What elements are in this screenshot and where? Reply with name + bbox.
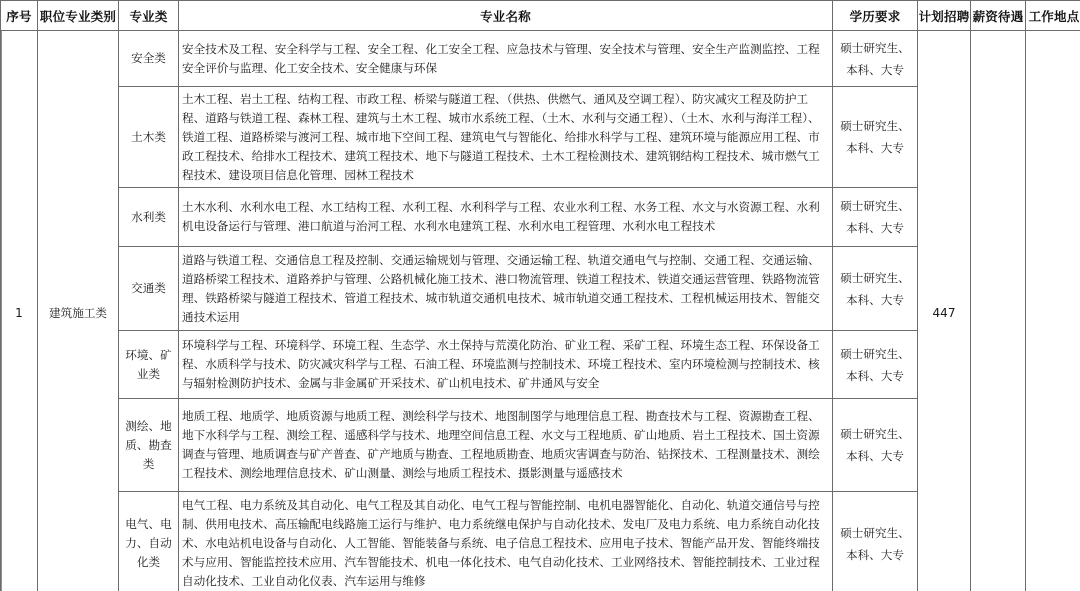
header-planned-hiring: 计划招聘 bbox=[918, 1, 971, 31]
major-names-cell: 环境科学与工程、环境科学、环境工程、生态学、水土保持与荒漠化防治、矿业工程、采矿… bbox=[179, 331, 833, 399]
major-class-cell: 水利类 bbox=[119, 188, 179, 247]
recruitment-table: 序号 职位专业类别 专业类 专业名称 学历要求 计划招聘 薪资待遇 工作地点 1… bbox=[0, 0, 1080, 591]
header-major-class: 专业类 bbox=[119, 1, 179, 31]
education-cell: 硕士研究生、本科、大专 bbox=[833, 87, 918, 188]
major-names-cell: 土木工程、岩土工程、结构工程、市政工程、桥梁与隧道工程、（供热、供燃气、通风及空… bbox=[179, 87, 833, 188]
major-class-cell: 土木类 bbox=[119, 87, 179, 188]
major-class-cell: 交通类 bbox=[119, 247, 179, 331]
header-salary: 薪资待遇 bbox=[971, 1, 1026, 31]
major-class-cell: 电气、电力、自动化类 bbox=[119, 492, 179, 591]
header-index: 序号 bbox=[1, 1, 38, 31]
major-class-cell: 环境、矿业类 bbox=[119, 331, 179, 399]
major-names-cell: 地质工程、地质学、地质资源与地质工程、测绘科学与技术、地图制图学与地理信息工程、… bbox=[179, 399, 833, 492]
header-education: 学历要求 bbox=[833, 1, 918, 31]
planned-hiring-cell: 447 bbox=[918, 31, 971, 591]
education-cell: 硕士研究生、本科、大专 bbox=[833, 188, 918, 247]
major-names-cell: 电气工程、电力系统及其自动化、电气工程及其自动化、电气工程与智能控制、电机电器智… bbox=[179, 492, 833, 591]
major-names-cell: 土木水利、水利水电工程、水工结构工程、水利工程、水利科学与工程、农业水利工程、水… bbox=[179, 188, 833, 247]
header-location: 工作地点 bbox=[1026, 1, 1080, 31]
header-row: 序号 职位专业类别 专业类 专业名称 学历要求 计划招聘 薪资待遇 工作地点 bbox=[1, 1, 1080, 31]
education-cell: 硕士研究生、本科、大专 bbox=[833, 399, 918, 492]
header-major-names: 专业名称 bbox=[179, 1, 833, 31]
education-cell: 硕士研究生、本科、大专 bbox=[833, 331, 918, 399]
education-cell: 硕士研究生、本科、大专 bbox=[833, 492, 918, 591]
major-names-cell: 安全技术及工程、安全科学与工程、安全工程、化工安全工程、应急技术与管理、安全技术… bbox=[179, 31, 833, 87]
major-class-cell: 安全类 bbox=[119, 31, 179, 87]
location-cell bbox=[1026, 31, 1080, 591]
major-names-cell: 道路与铁道工程、交通信息工程及控制、交通运输规划与管理、交通运输工程、轨道交通电… bbox=[179, 247, 833, 331]
header-position-category: 职位专业类别 bbox=[38, 1, 119, 31]
major-class-cell: 测绘、地质、勘查类 bbox=[119, 399, 179, 492]
position-category-cell: 建筑施工类 bbox=[38, 31, 119, 591]
education-cell: 硕士研究生、本科、大专 bbox=[833, 31, 918, 87]
index-cell: 1 bbox=[1, 31, 38, 591]
education-cell: 硕士研究生、本科、大专 bbox=[833, 247, 918, 331]
salary-cell bbox=[971, 31, 1026, 591]
table-row: 1 建筑施工类 安全类 安全技术及工程、安全科学与工程、安全工程、化工安全工程、… bbox=[1, 31, 1080, 87]
